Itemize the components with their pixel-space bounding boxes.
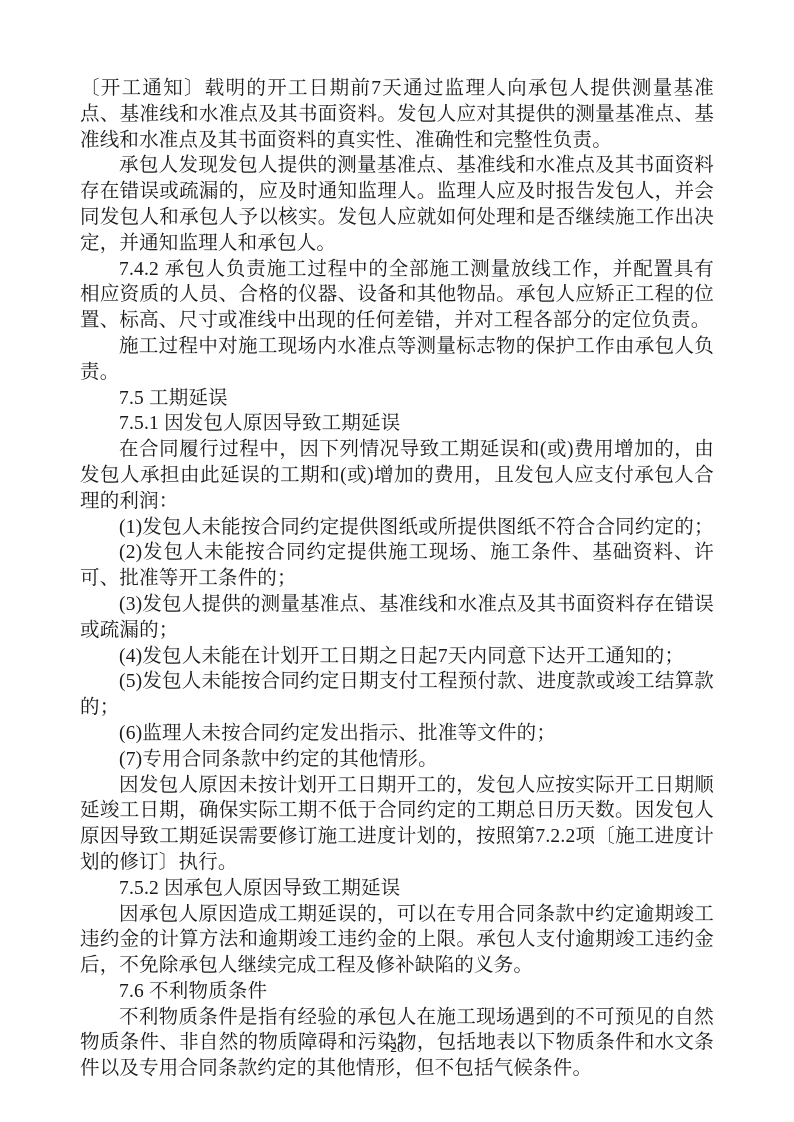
- paragraph: (5)发包人未能按合同约定日期支付工程预付款、进度款或竣工结算款的；: [80, 669, 714, 721]
- paragraph: (2)发包人未能按合同约定提供施工现场、施工条件、基础资料、许可、批准等开工条件…: [80, 540, 714, 592]
- paragraph: (6)监理人未按合同约定发出指示、批准等文件的；: [80, 721, 714, 747]
- section-heading: 7.5 工期延误: [80, 386, 714, 412]
- paragraph: 7.4.2 承包人负责施工过程中的全部施工测量放线工作，并配置具有相应资质的人员…: [80, 257, 714, 334]
- paragraph: (4)发包人未能在计划开工日期之日起7天内同意下达开工通知的；: [80, 644, 714, 670]
- paragraph: 因承包人原因造成工期延误的，可以在专用合同条款中约定逾期竣工违约金的计算方法和逾…: [80, 902, 714, 979]
- paragraph: 施工过程中对施工现场内水准点等测量标志物的保护工作由承包人负责。: [80, 334, 714, 386]
- paragraph: 〔开工通知〕载明的开工日期前7天通过监理人向承包人提供测量基准点、基准线和水准点…: [80, 76, 714, 153]
- section-heading: 7.6 不利物质条件: [80, 979, 714, 1005]
- section-heading: 7.5.2 因承包人原因导致工期延误: [80, 876, 714, 902]
- section-heading: 7.5.1 因发包人原因导致工期延误: [80, 411, 714, 437]
- paragraph: (7)专用合同条款中约定的其他情形。: [80, 747, 714, 773]
- paragraph: 因发包人原因未按计划开工日期开工的，发包人应按实际开工日期顺延竣工日期，确保实际…: [80, 773, 714, 876]
- paragraph: (3)发包人提供的测量基准点、基准线和水准点及其书面资料存在错误或疏漏的；: [80, 592, 714, 644]
- paragraph: 承包人发现发包人提供的测量基准点、基准线和水准点及其书面资料存在错误或疏漏的，应…: [80, 153, 714, 256]
- page-number: 26: [0, 1040, 794, 1056]
- paragraph: 在合同履行过程中，因下列情况导致工期延误和(或)费用增加的，由发包人承担由此延误…: [80, 437, 714, 514]
- document-body: 〔开工通知〕载明的开工日期前7天通过监理人向承包人提供测量基准点、基准线和水准点…: [80, 76, 714, 1082]
- paragraph: (1)发包人未能按合同约定提供图纸或所提供图纸不符合合同约定的；: [80, 515, 714, 541]
- document-page: 〔开工通知〕载明的开工日期前7天通过监理人向承包人提供测量基准点、基准线和水准点…: [0, 0, 794, 1122]
